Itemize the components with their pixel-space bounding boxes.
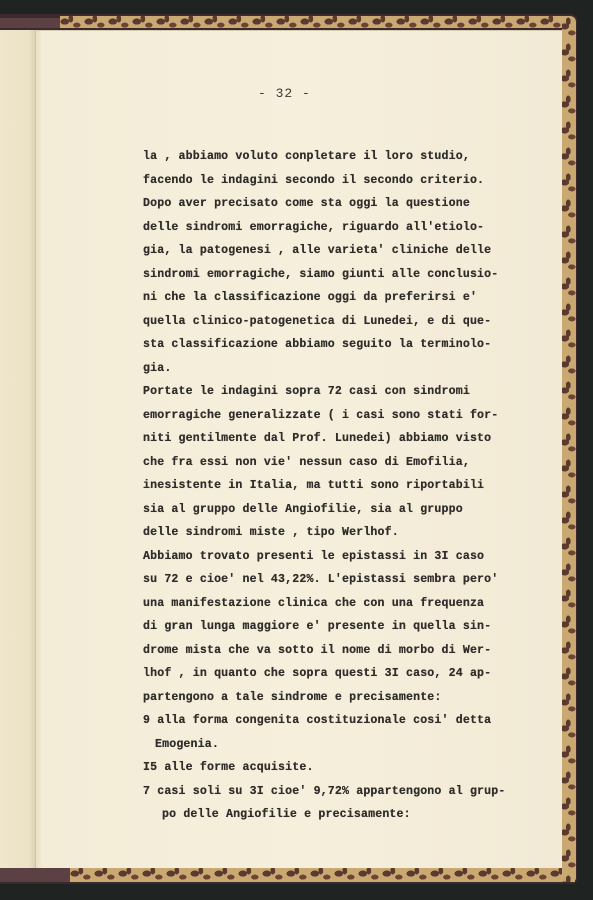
text-line: lhof , in quanto che sopra questi 3I cas… [143, 662, 523, 686]
previous-page-edge [0, 30, 36, 868]
list-item-continuation: Emogenia. [143, 733, 523, 757]
text-line: quella clinico-patogenetica di Lunedei, … [143, 310, 523, 334]
text-line: emorragiche generalizzate ( i casi sono … [143, 404, 523, 428]
text-line: sindromi emorragiche, siamo giunti alle … [143, 263, 523, 287]
text-line: su 72 e cioe' nel 43,22%. L'epistassi se… [143, 568, 523, 592]
text-line: ni che la classificazione oggi da prefer… [143, 286, 523, 310]
list-item: 7 casi soli su 3I cioe' 9,72% appartengo… [143, 780, 523, 804]
marbled-edge-bottom [70, 868, 575, 882]
list-item-continuation: po delle Angiofilie e precisamente: [143, 803, 523, 827]
marbled-edge-top [60, 16, 575, 28]
text-line: gia. [143, 357, 523, 381]
list-item: I5 alle forme acquisite. [143, 756, 523, 780]
text-line: Dopo aver precisato come sta oggi la que… [143, 192, 523, 216]
text-line: delle sindromi miste , tipo Werlhof. [143, 521, 523, 545]
text-line: inesistente in Italia, ma tutti sono rip… [143, 474, 523, 498]
typewritten-page: - 32 - la , abbiamo voluto conpletare il… [36, 31, 562, 868]
text-line: sta classificazione abbiamo seguito la t… [143, 333, 523, 357]
text-line: niti gentilmente dal Prof. Lunedei) abbi… [143, 427, 523, 451]
marbled-edge-right [562, 16, 576, 882]
page-number: - 32 - [258, 86, 311, 101]
text-line: gia, la patogenesi , alle varieta' clini… [143, 239, 523, 263]
text-line: sia al gruppo delle Angiofilie, sia al g… [143, 498, 523, 522]
binding-spine-bottom [0, 868, 80, 882]
text-line: delle sindromi emorragiche, riguardo all… [143, 216, 523, 240]
text-line: facendo le indagini secondo il secondo c… [143, 169, 523, 193]
text-line: Abbiamo trovato presenti le epistassi in… [143, 545, 523, 569]
list-item: 9 alla forma congenita costituzionale co… [143, 709, 523, 733]
body-text: la , abbiamo voluto conpletare il loro s… [143, 145, 523, 827]
text-line: che fra essi non vie' nessun caso di Emo… [143, 451, 523, 475]
text-line: Portate le indagini sopra 72 casi con si… [143, 380, 523, 404]
text-line: la , abbiamo voluto conpletare il loro s… [143, 145, 523, 169]
text-line: drome mista che va sotto il nome di morb… [143, 639, 523, 663]
text-line: di gran lunga maggiore e' presente in qu… [143, 615, 523, 639]
text-line: partengono a tale sindrome e precisament… [143, 686, 523, 710]
text-line: una manifestazione clinica che con una f… [143, 592, 523, 616]
